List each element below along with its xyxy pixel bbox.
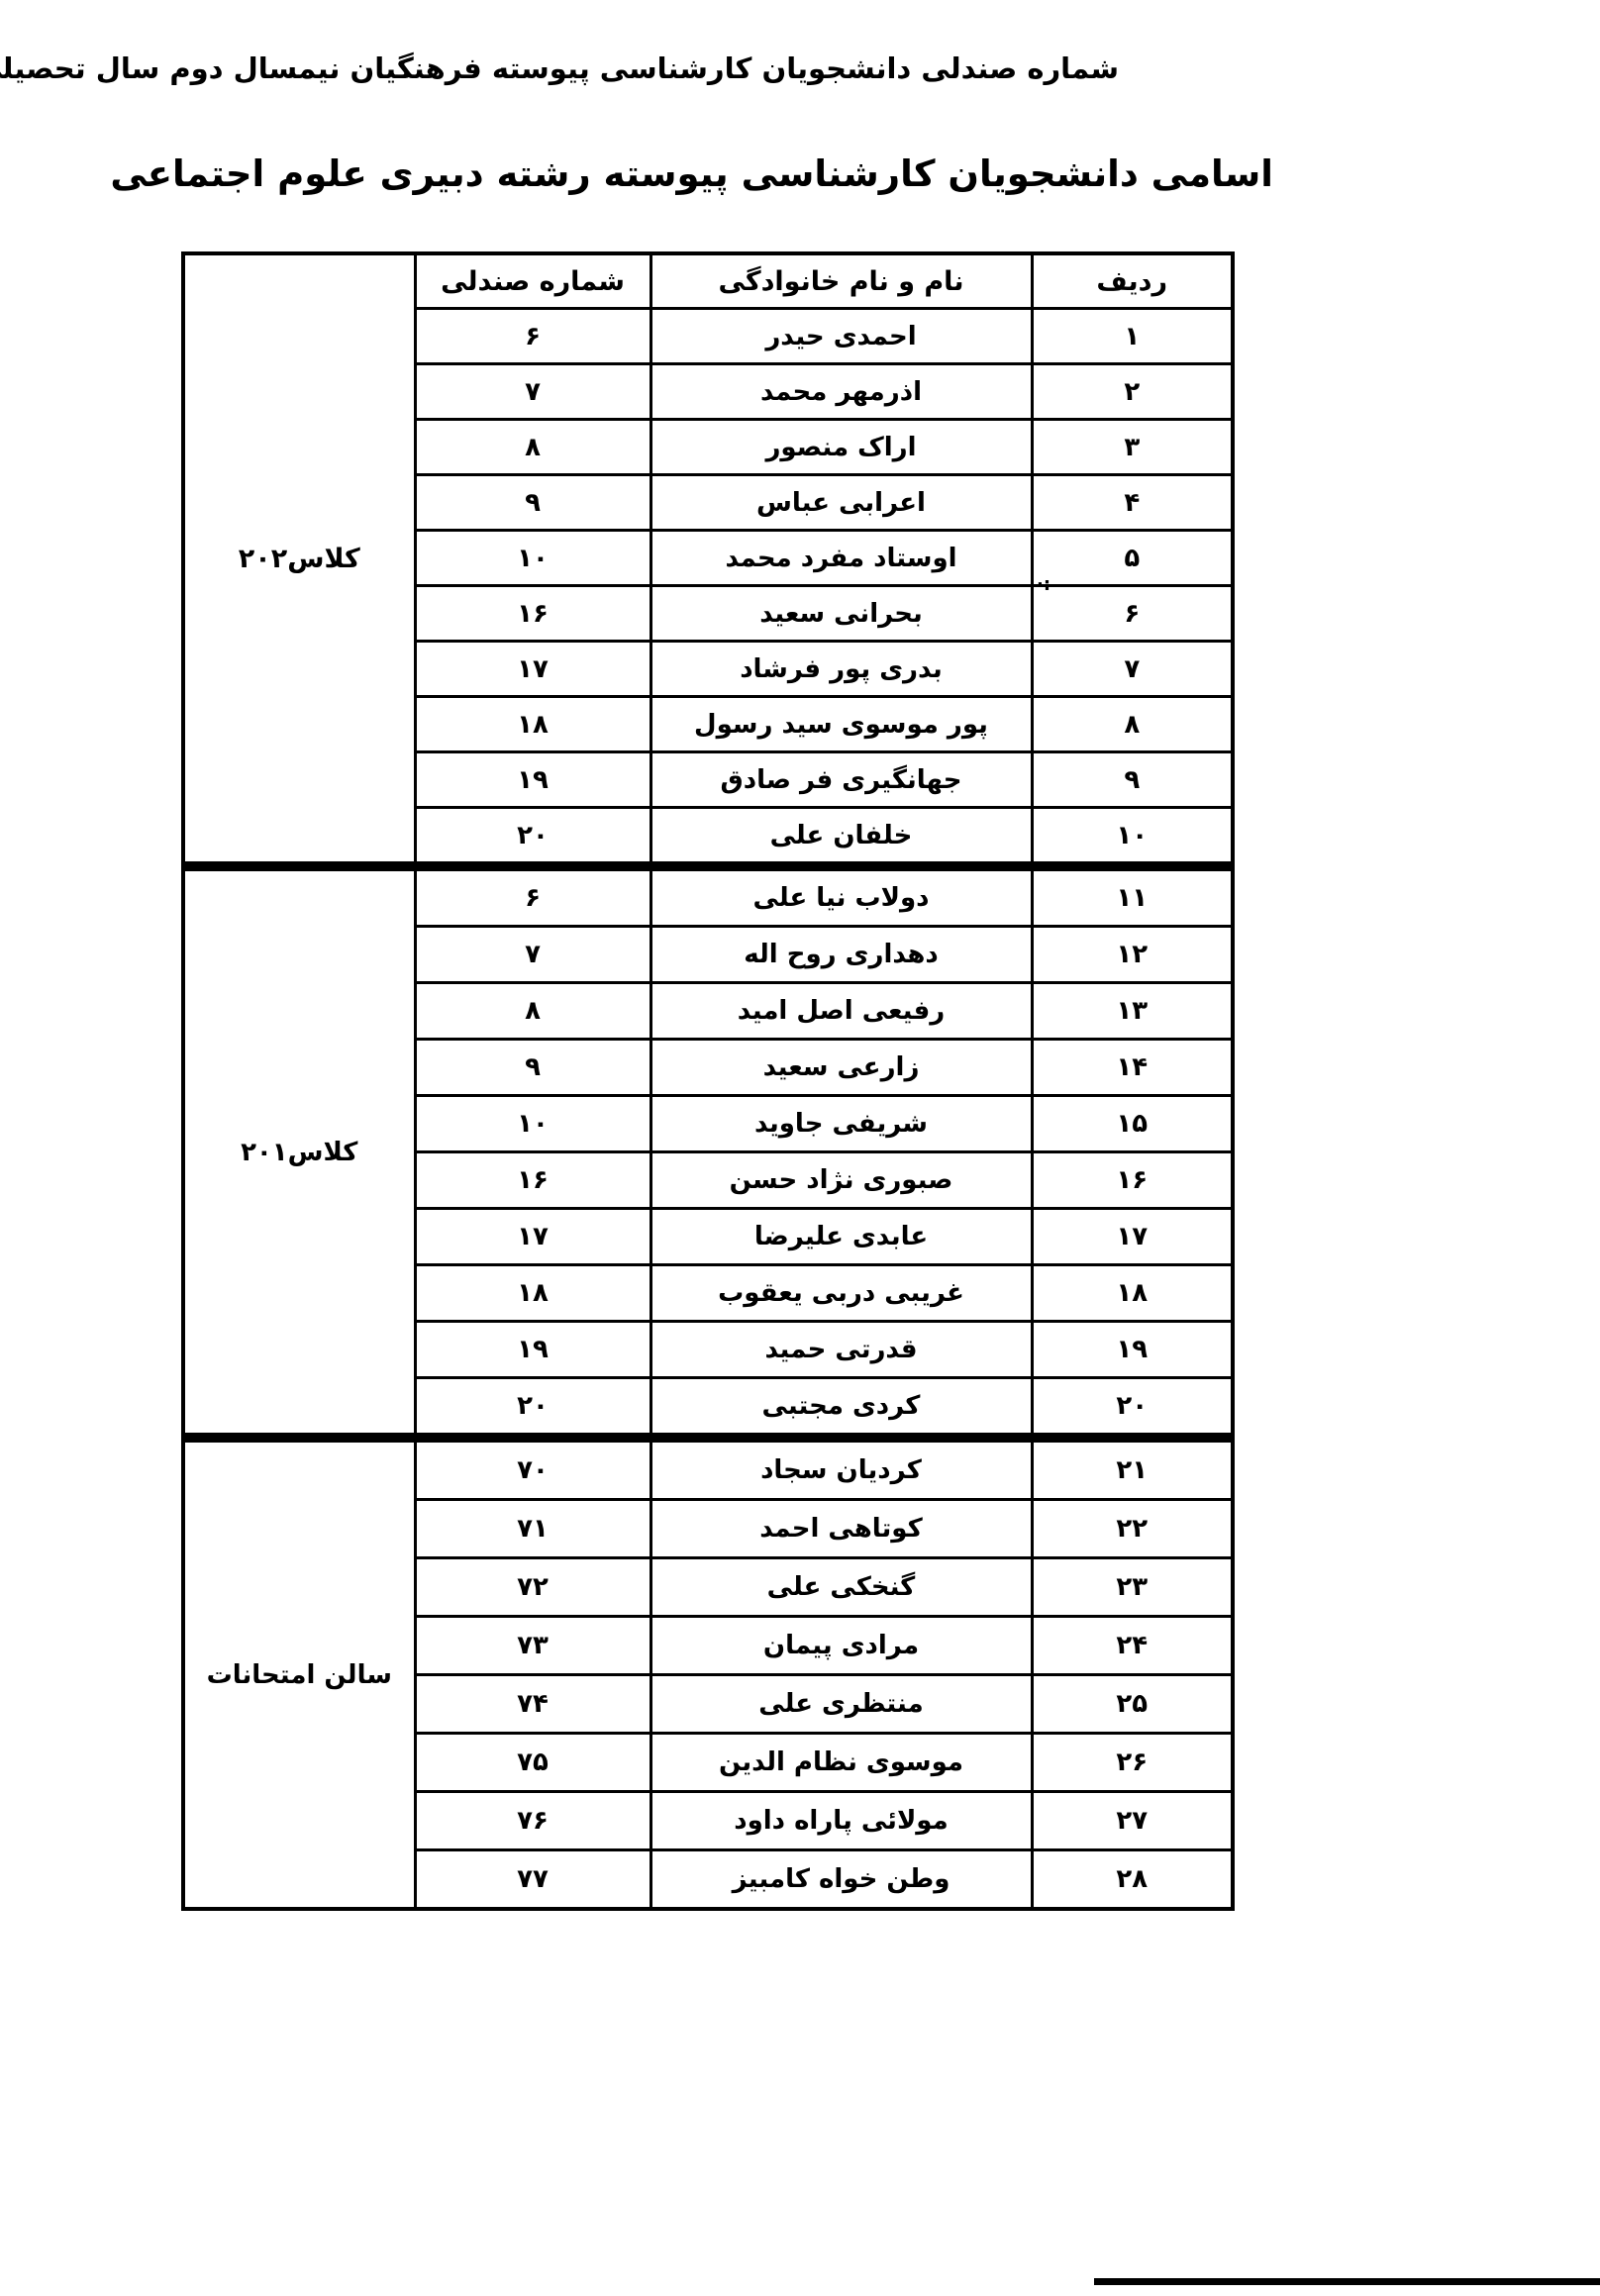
seat-number-cell: ۱۰ [415,1096,650,1152]
row-number-cell: ۱۵ [1032,1096,1233,1152]
row-number-cell: ۲۲ [1032,1500,1233,1558]
student-name-cell: دهداری روح اله [650,927,1032,983]
seat-number-cell: ۱۷ [415,1209,650,1265]
seat-number-cell: ۸ [415,420,650,475]
seat-number-cell: ۱۷ [415,642,650,697]
row-number-cell: ۲۵ [1032,1675,1233,1734]
row-number-cell: ۱۹ [1032,1322,1233,1378]
seat-number-cell: ۷۶ [415,1792,650,1850]
row-number-cell: ۱ [1032,309,1233,364]
scan-artifact-speck: ·: [1037,580,1050,589]
seat-number-cell: ۱۶ [415,586,650,642]
class-label-cell-exam-hall: سالن امتحانات [183,1438,415,1909]
column-header-name: نام و نام خانوادگی [650,253,1032,309]
student-name-cell: کردی مجتبی [650,1378,1032,1439]
student-name-cell: اراک منصور [650,420,1032,475]
row-number-cell: ۹ [1032,752,1233,808]
student-name-cell: قدرتی حمید [650,1322,1032,1378]
row-number-cell: ۲۰ [1032,1378,1233,1439]
column-header-seat: شماره صندلی [415,253,650,309]
student-name-cell: صبوری نژاد حسن [650,1152,1032,1209]
seat-number-cell: ۹ [415,475,650,531]
table-row: ۱۱ دولاب نیا علی ۶ کلاس۲۰۱ [183,866,1233,927]
row-number-cell: ۳ [1032,420,1233,475]
seat-number-cell: ۷۳ [415,1617,650,1675]
student-name-cell: مرادی پیمان [650,1617,1032,1675]
student-name-cell: خلفان علی [650,808,1032,867]
table-header-row: ردیف نام و نام خانوادگی شماره صندلی کلاس… [183,253,1233,309]
student-name-cell: رفیعی اصل امید [650,983,1032,1040]
seat-number-cell: ۷۵ [415,1734,650,1792]
seat-number-cell: ۱۸ [415,1265,650,1322]
scan-artifact-bottom-line [1094,2278,1600,2285]
seat-number-cell: ۱۰ [415,531,650,586]
student-name-cell: بدری پور فرشاد [650,642,1032,697]
row-number-cell: ۶ [1032,586,1233,642]
seat-number-cell: ۷۱ [415,1500,650,1558]
class-label-cell-202: کلاس۲۰۲ [183,253,415,866]
seat-number-cell: ۱۶ [415,1152,650,1209]
page-title: اسامی دانشجویان کارشناسی پیوسته رشته دبی… [110,152,1273,195]
row-number-cell: ۲۶ [1032,1734,1233,1792]
row-number-cell: ۷ [1032,642,1233,697]
column-header-radif: ردیف [1032,253,1233,309]
row-number-cell: ۱۸ [1032,1265,1233,1322]
row-number-cell: ۲۳ [1032,1558,1233,1617]
seat-number-cell: ۲۰ [415,1378,650,1439]
student-name-cell: جهانگیری فر صادق [650,752,1032,808]
seat-number-cell: ۶ [415,866,650,927]
student-name-cell: موسوی نظام الدین [650,1734,1032,1792]
seating-table-container: ردیف نام و نام خانوادگی شماره صندلی کلاس… [181,251,1231,1911]
seat-number-cell: ۹ [415,1040,650,1096]
seat-number-cell: ۲۰ [415,808,650,867]
seat-number-cell: ۷۷ [415,1850,650,1910]
student-name-cell: بحرانی سعید [650,586,1032,642]
student-name-cell: پور موسوی سید رسول [650,697,1032,752]
row-number-cell: ۲۷ [1032,1792,1233,1850]
seat-number-cell: ۷۴ [415,1675,650,1734]
row-number-cell: ۱۷ [1032,1209,1233,1265]
row-number-cell: ۲۸ [1032,1850,1233,1910]
page-header-line: شماره صندلی دانشجویان کارشناسی پیوسته فر… [0,51,1119,85]
class-label-cell-201: کلاس۲۰۱ [183,866,415,1438]
seating-table: ردیف نام و نام خانوادگی شماره صندلی کلاس… [181,251,1235,1911]
student-name-cell: دولاب نیا علی [650,866,1032,927]
student-name-cell: اذرمهر محمد [650,364,1032,420]
student-name-cell: زارعی سعید [650,1040,1032,1096]
row-number-cell: ۱۱ [1032,866,1233,927]
scanned-document-page: { "page": { "header_line": "شماره صندلی … [0,0,1600,2296]
student-name-cell: غریبی دربی یعقوب [650,1265,1032,1322]
student-name-cell: اعرابی عباس [650,475,1032,531]
seat-number-cell: ۶ [415,309,650,364]
row-number-cell: ۴ [1032,475,1233,531]
row-number-cell: ۱۶ [1032,1152,1233,1209]
student-name-cell: احمدی حیدر [650,309,1032,364]
row-number-cell: ۱۴ [1032,1040,1233,1096]
student-name-cell: کردیان سجاد [650,1438,1032,1500]
seat-number-cell: ۷۲ [415,1558,650,1617]
seat-number-cell: ۱۹ [415,752,650,808]
student-name-cell: منتظری علی [650,1675,1032,1734]
student-name-cell: گنخکی علی [650,1558,1032,1617]
student-name-cell: اوستاد مفرد محمد [650,531,1032,586]
row-number-cell: ۸ [1032,697,1233,752]
row-number-cell: ۱۰ [1032,808,1233,867]
seat-number-cell: ۱۹ [415,1322,650,1378]
student-name-cell: وطن خواه کامبیز [650,1850,1032,1910]
row-number-cell: ۲ [1032,364,1233,420]
student-name-cell: شریفی جاوید [650,1096,1032,1152]
row-number-cell: ۲۱ [1032,1438,1233,1500]
seat-number-cell: ۷ [415,927,650,983]
student-name-cell: مولائی پاراه داود [650,1792,1032,1850]
student-name-cell: عابدی علیرضا [650,1209,1032,1265]
header-text: شماره صندلی دانشجویان کارشناسی پیوسته فر… [0,51,1119,85]
seat-number-cell: ۸ [415,983,650,1040]
row-number-cell: ۱۳ [1032,983,1233,1040]
row-number-cell: ۱۲ [1032,927,1233,983]
row-number-cell: ۵ [1032,531,1233,586]
row-number-cell: ۲۴ [1032,1617,1233,1675]
student-name-cell: کوتاهی احمد [650,1500,1032,1558]
seat-number-cell: ۷۰ [415,1438,650,1500]
table-row: ۲۱ کردیان سجاد ۷۰ سالن امتحانات [183,1438,1233,1500]
seat-number-cell: ۷ [415,364,650,420]
seat-number-cell: ۱۸ [415,697,650,752]
